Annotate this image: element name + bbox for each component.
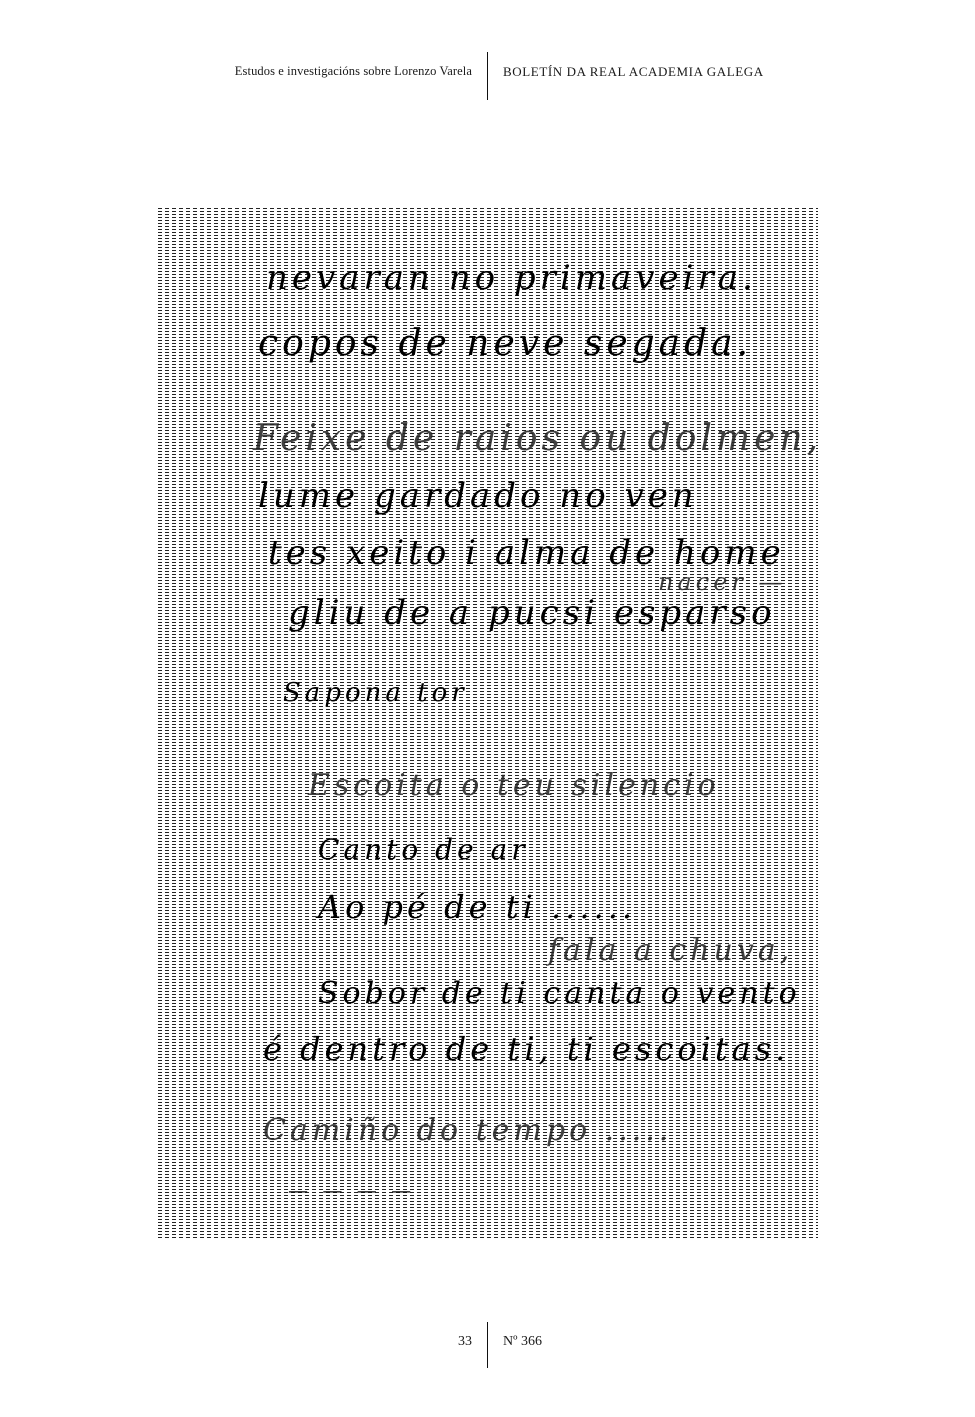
page-number: 33 — [458, 1334, 472, 1350]
manuscript-line: tes xeito i alma de home — [268, 533, 785, 573]
manuscript-line: Canto de ar — [318, 833, 529, 866]
manuscript-line: Feixe de raios ou dolmen, — [253, 418, 822, 459]
manuscript-facsimile: nevaran no primaveira.copos de neve sega… — [158, 208, 818, 1238]
running-head-section-title: Estudos e investigacións sobre Lorenzo V… — [235, 64, 472, 79]
issue-number: Nº 366 — [503, 1334, 542, 1350]
manuscript-line: Sapona tor — [283, 678, 468, 708]
manuscript-line: lume gardado no ven — [258, 476, 698, 516]
manuscript-line: fala a chuva, — [548, 933, 793, 968]
folio-divider — [487, 1322, 488, 1368]
manuscript-line: Escoita o teu silencio — [308, 768, 720, 803]
folio: 33 Nº 366 — [0, 1322, 975, 1368]
manuscript-text: nevaran no primaveira.copos de neve sega… — [158, 208, 818, 1238]
running-head: Estudos e investigacións sobre Lorenzo V… — [0, 52, 975, 100]
running-head-journal-title: BOLETÍN DA REAL ACADEMIA GALEGA — [503, 64, 764, 80]
manuscript-line: Sobor de ti canta o vento — [318, 976, 801, 1011]
manuscript-line: Ao pé de ti ...... — [318, 888, 636, 926]
manuscript-line: nevaran no primaveira. — [266, 258, 757, 298]
running-head-divider — [487, 52, 488, 100]
manuscript-line: gliu de a pucsi esparso — [288, 593, 776, 633]
manuscript-line: nacer — — [658, 568, 787, 596]
manuscript-line: Camiño do tempo ..... — [263, 1113, 672, 1148]
manuscript-line: copos de neve segada. — [258, 323, 752, 364]
manuscript-line: é dentro de ti, ti escoitas. — [263, 1030, 789, 1068]
manuscript-line: — — — — — [288, 1178, 415, 1202]
